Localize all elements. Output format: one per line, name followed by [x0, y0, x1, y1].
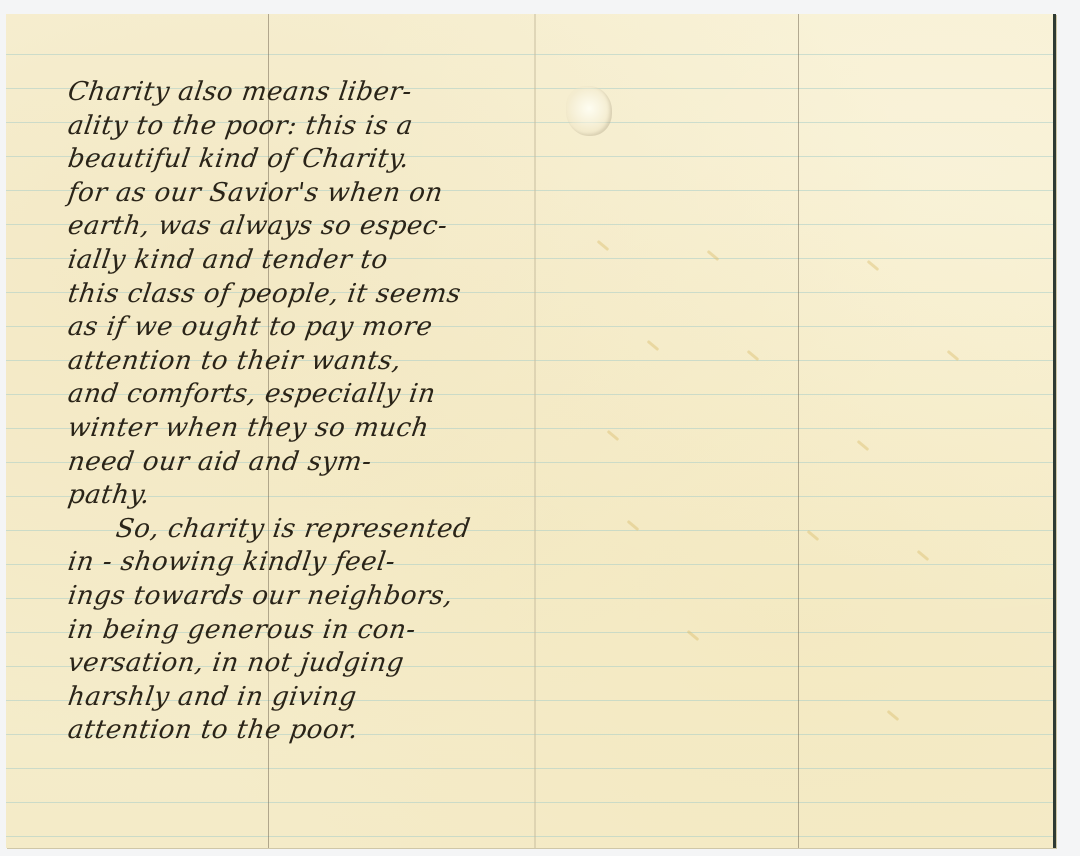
text-line: need our aid and sym- [66, 446, 541, 480]
ruled-line [6, 836, 1053, 837]
text-line: this class of people, it seems [66, 278, 541, 312]
text-line: as if we ought to pay more [66, 311, 541, 345]
text-line: for as our Savior's when on [66, 177, 541, 211]
bleed-mark [647, 340, 660, 351]
ruled-line [6, 54, 1053, 55]
letter-sheet: Charity also means liber- ality to the p… [6, 14, 1056, 848]
text-line: ially kind and tender to [66, 244, 541, 278]
ruled-line [6, 768, 1053, 769]
bleed-mark [887, 710, 900, 721]
bleed-mark [807, 530, 820, 541]
text-line: and comforts, especially in [66, 378, 541, 412]
text-line: harshly and in giving [66, 681, 541, 715]
text-line: versation, in not judging [66, 647, 541, 681]
text-line: winter when they so much [66, 412, 541, 446]
ruled-line [6, 802, 1053, 803]
text-line: pathy. [66, 479, 541, 513]
text-line: ings towards our neighbors, [66, 580, 541, 614]
handwritten-text: Charity also means liber- ality to the p… [68, 76, 538, 748]
text-line: ality to the poor: this is a [66, 110, 541, 144]
text-line: in being generous in con- [66, 614, 541, 648]
embossed-mark [566, 86, 612, 136]
text-line: beautiful kind of Charity. [66, 143, 541, 177]
text-line: Charity also means liber- [66, 76, 541, 110]
bleed-mark [867, 260, 880, 271]
text-line: in - showing kindly feel- [66, 546, 541, 580]
bleed-mark [707, 250, 720, 261]
bleed-mark [857, 440, 870, 451]
text-line: attention to the poor. [66, 714, 541, 748]
bleed-mark [597, 240, 610, 251]
bleed-mark [917, 550, 930, 561]
paragraph-start-line: So, charity is represented [66, 513, 541, 547]
text-line: earth, was always so espec- [66, 210, 541, 244]
bleed-mark [607, 430, 620, 441]
text-line: attention to their wants, [66, 345, 541, 379]
fold-crease [798, 14, 799, 848]
